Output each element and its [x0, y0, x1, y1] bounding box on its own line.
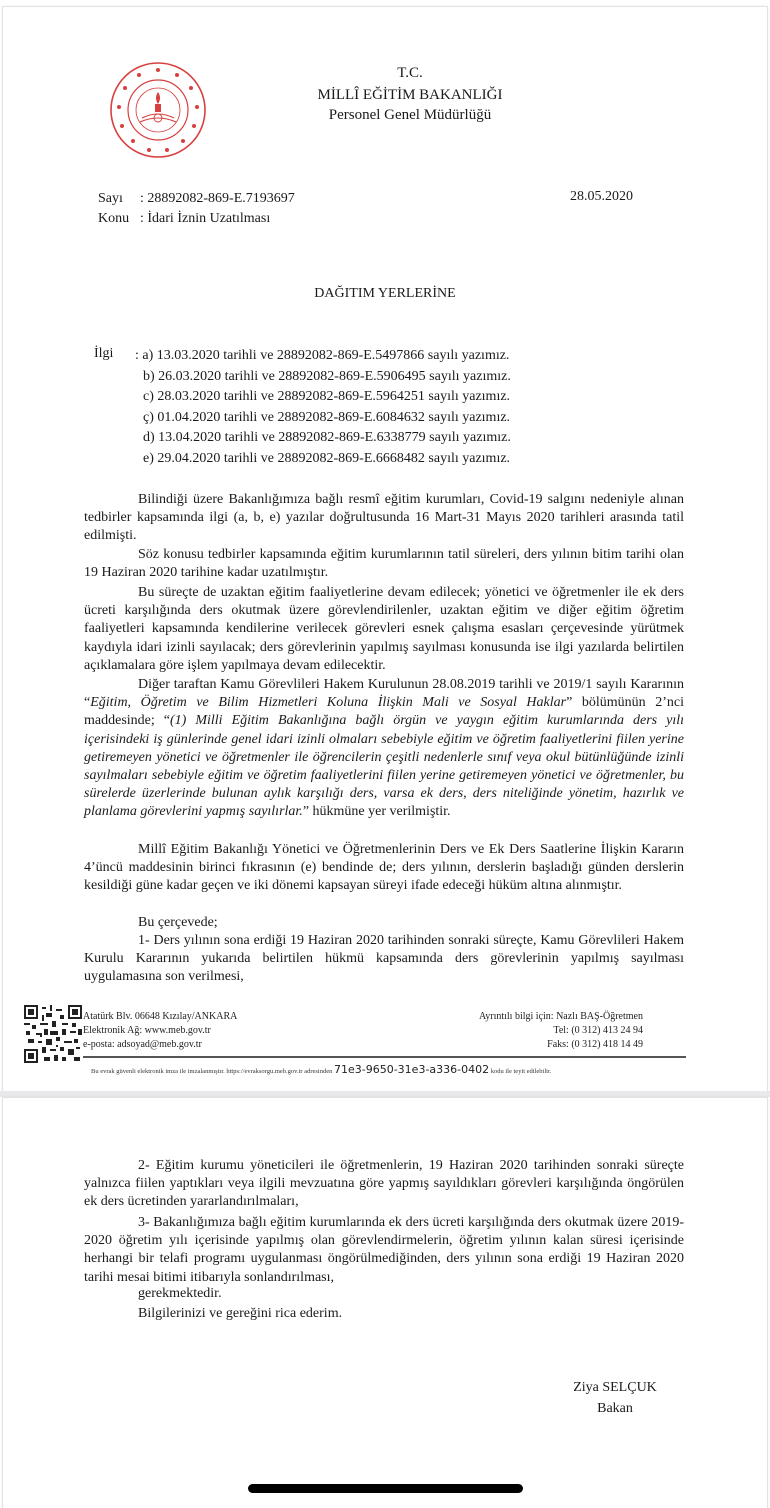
footer-website: Elektronik Ağ: www.meb.gov.tr	[83, 1024, 237, 1038]
reference-item: ç) 01.04.2020 tarihli ve 28892082-869-E.…	[135, 408, 511, 429]
reference-item: b) 26.03.2020 tarihli ve 28892082-869-E.…	[135, 367, 511, 388]
body-paragraph-7: 1- Ders yılının sona erdiği 19 Haziran 2…	[84, 932, 684, 987]
footer-email: e-posta: adsoyad@meb.gov.tr	[83, 1038, 237, 1052]
body-paragraph-2: Söz konusu tedbirler kapsamında eğitim k…	[84, 546, 684, 582]
reference-item: e) 29.04.2020 tarihli ve 28892082-869-E.…	[135, 449, 511, 470]
letterhead-department: Personel Genel Müdürlüğü	[260, 104, 560, 126]
footer-address: Atatürk Blv. 06648 Kızılay/ANKARA	[83, 1010, 237, 1024]
body-paragraph-4: Diğer taraftan Kamu Görevlileri Hakem Ku…	[84, 676, 684, 822]
reference-item: c) 28.03.2020 tarihli ve 28892082-869-E.…	[135, 387, 511, 408]
footer-contact-right: Ayrıntılı bilgi için: Nazlı BAŞ-Öğretmen…	[479, 1010, 643, 1052]
reference-item: : a) 13.03.2020 tarihli ve 28892082-869-…	[135, 346, 511, 367]
sayi-label: Sayı	[98, 189, 140, 209]
closing-requirement: gerekmektedir.	[84, 1285, 684, 1303]
signer-name: Ziya SELÇUK	[545, 1380, 685, 1396]
footer-divider	[83, 1056, 686, 1058]
verification-code: 71e3-9650-31e3-a336-0402	[334, 1063, 489, 1076]
footer-contact-left: Atatürk Blv. 06648 Kızılay/ANKARA Elektr…	[83, 1010, 237, 1052]
reference-label: İlgi	[94, 346, 113, 362]
body-paragraph-8: 2- Eğitim kurumu yöneticileri ile öğretm…	[84, 1157, 684, 1212]
closing-request: Bilgilerinizi ve gereğini rica ederim.	[84, 1305, 684, 1323]
body-paragraph-9: 3- Bakanlığımıza bağlı eğitim kurumların…	[84, 1214, 684, 1287]
home-indicator[interactable]	[248, 1484, 523, 1493]
qr-code-icon	[24, 1005, 82, 1063]
footer-fax: Faks: (0 312) 418 14 49	[479, 1038, 643, 1052]
letterhead-country: T.C.	[260, 62, 560, 84]
e-signature-verification: Bu evrak güvenli elektronik imza ile imz…	[91, 1063, 551, 1076]
ministry-seal-icon	[108, 56, 208, 164]
quoted-section-title: Eğitim, Öğretim ve Bilim Hizmetleri Kolu…	[90, 695, 566, 710]
konu-value: : İdari İznin Uzatılması	[140, 211, 270, 226]
body-paragraph-5: Millî Eğitim Bakanlığı Yönetici ve Öğret…	[84, 841, 684, 896]
document-date: 28.05.2020	[570, 189, 633, 205]
signer-title: Bakan	[545, 1401, 685, 1417]
footer-contact-person: Ayrıntılı bilgi için: Nazlı BAŞ-Öğretmen	[479, 1010, 643, 1024]
reference-item: d) 13.04.2020 tarihli ve 28892082-869-E.…	[135, 428, 511, 449]
konu-label: Konu	[98, 209, 140, 229]
sayi-value: : 28892082-869-E.7193697	[140, 191, 295, 206]
letterhead-ministry: MİLLÎ EĞİTİM BAKANLIĞI	[260, 84, 560, 106]
footer-phone: Tel: (0 312) 413 24 94	[479, 1024, 643, 1038]
distribution-heading: DAĞITIM YERLERİNE	[0, 286, 770, 302]
body-paragraph-3: Bu süreçte de uzaktan eğitim faaliyetler…	[84, 584, 684, 675]
body-paragraph-1: Bilindiği üzere Bakanlığımıza bağlı resm…	[84, 491, 684, 546]
reference-list: : a) 13.03.2020 tarihli ve 28892082-869-…	[135, 346, 511, 470]
document-number-row: Sayı: 28892082-869-E.7193697	[98, 189, 295, 209]
subject-row: Konu: İdari İznin Uzatılması	[98, 209, 270, 229]
body-paragraph-6: Bu çerçevede;	[84, 914, 684, 932]
